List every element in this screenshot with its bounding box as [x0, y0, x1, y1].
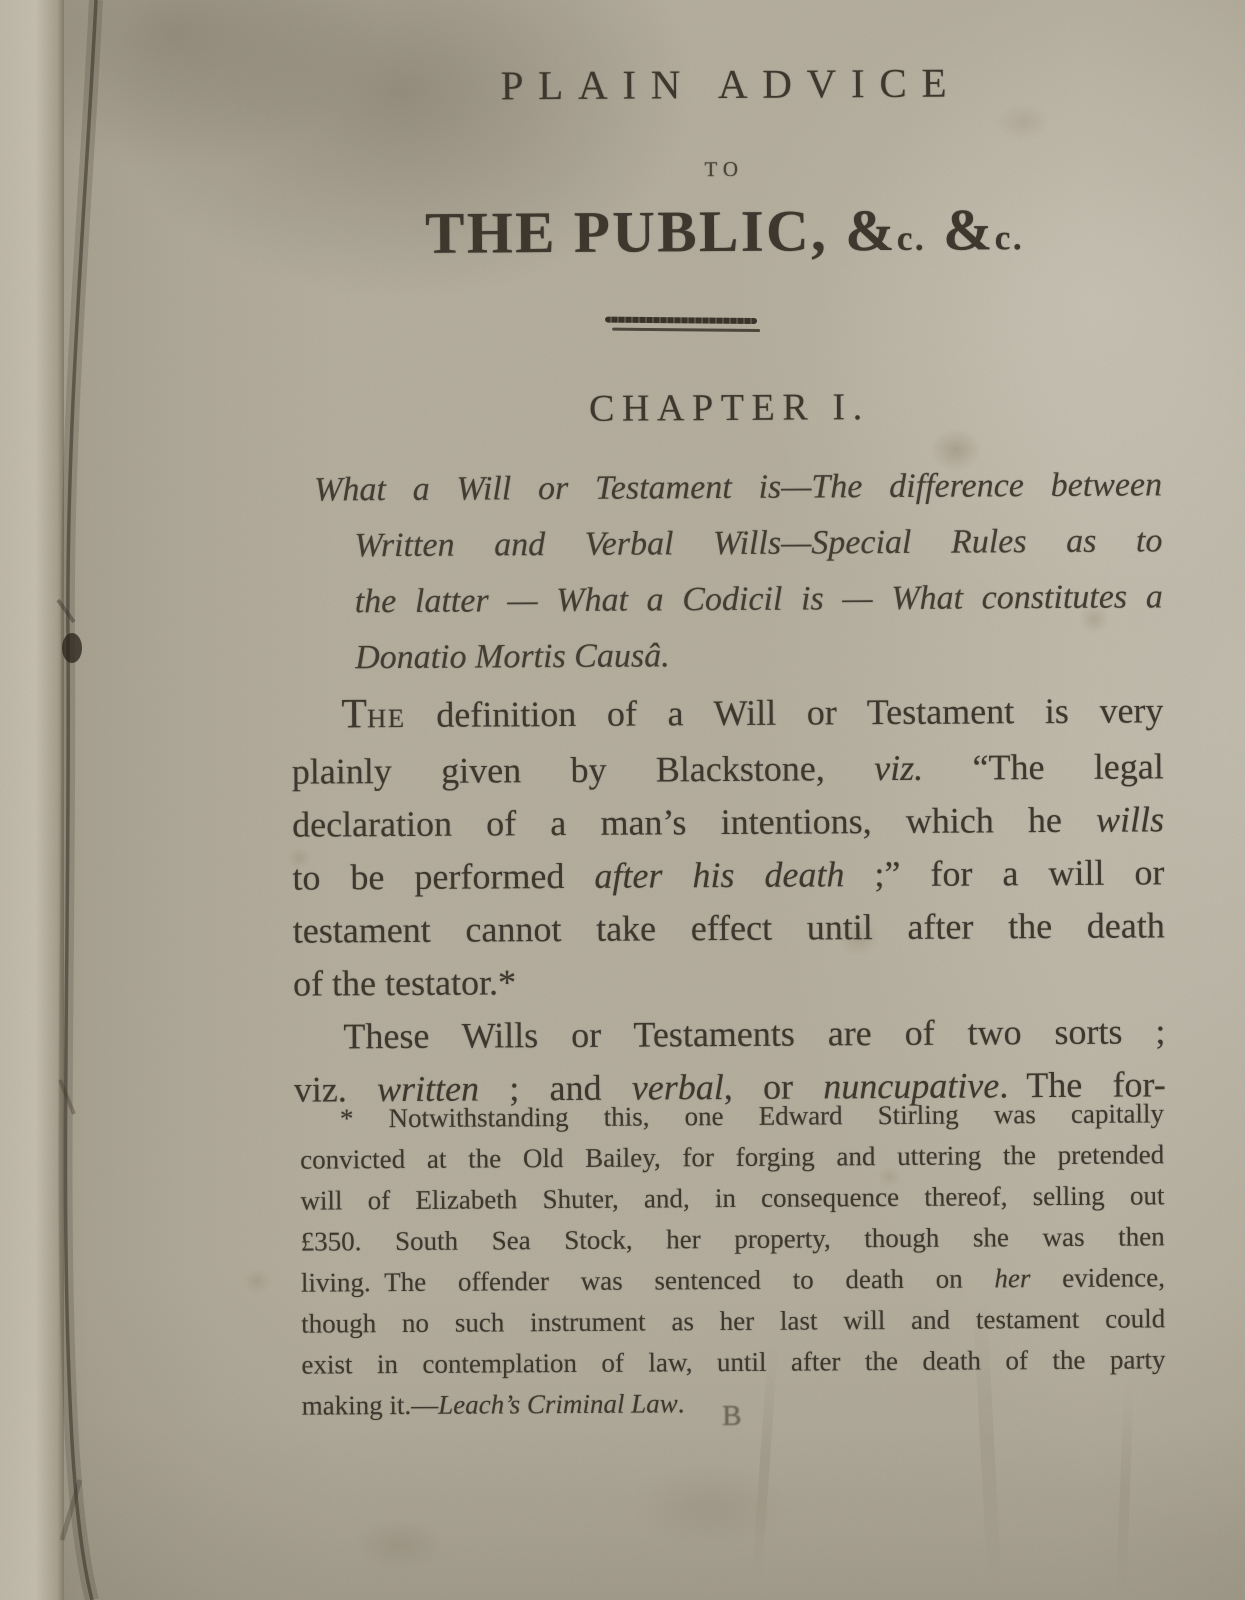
- body-line: testament cannot take effect until after…: [293, 899, 1165, 957]
- chapter-heading: CHAPTER I.: [289, 383, 1161, 432]
- footnote-line: living. The offender was sentenced to de…: [301, 1257, 1165, 1303]
- page-content: PLAIN ADVICE TO THE PUBLIC, &c. &c. CHAP…: [287, 0, 1169, 1600]
- half-title: PLAIN ADVICE: [287, 57, 1159, 110]
- book-page-photo: PLAIN ADVICE TO THE PUBLIC, &c. &c. CHAP…: [0, 0, 1245, 1600]
- body-line: to be performed after his death ;” for a…: [292, 846, 1164, 904]
- body-text: THE definition of a Will or Testament is…: [291, 683, 1166, 1116]
- summary-line: Donatio Mortis Causâ.: [315, 625, 1163, 686]
- body-line: plainly given by Blackstone, viz. “The l…: [292, 740, 1164, 798]
- previous-page-edge: [0, 0, 64, 1600]
- footnote-line: £350. South Sea Stock, her property, tho…: [301, 1216, 1165, 1262]
- body-line: THE definition of a Will or Testament is…: [291, 683, 1163, 745]
- divider-thin-rule: [612, 328, 760, 332]
- signature-mark: B: [296, 1397, 1168, 1435]
- footnote-line: * Notwithstanding this, one Edward Stirl…: [300, 1093, 1164, 1139]
- footnote-line: exist in contemplation of law, until aft…: [301, 1339, 1165, 1385]
- footnote-line: convicted at the Old Bailey, for forging…: [300, 1134, 1164, 1180]
- footnote-line: will of Elizabeth Shuter, and, in conseq…: [300, 1175, 1164, 1221]
- section-divider-rule: [605, 317, 757, 331]
- chapter-summary: What a Will or Testament is—The differen…: [314, 457, 1163, 686]
- footnote-line: though no such instrument as her last wi…: [301, 1298, 1165, 1344]
- summary-line: What a Will or Testament is—The differen…: [314, 457, 1162, 518]
- divider-thick-rule: [605, 317, 757, 324]
- body-line: declaration of a man’s intentions, which…: [292, 793, 1164, 851]
- main-title: THE PUBLIC, &c. &c.: [288, 194, 1160, 268]
- footnote: * Notwithstanding this, one Edward Stirl…: [300, 1093, 1166, 1426]
- body-line: of the testator.*: [293, 952, 1165, 1010]
- body-line: These Wills or Testaments are of two sor…: [293, 1005, 1165, 1063]
- summary-line: the latter — What a Codicil is — What co…: [315, 569, 1163, 630]
- summary-line: Written and Verbal Wills—Special Rules a…: [314, 513, 1162, 574]
- paper-stain: [236, 1262, 278, 1300]
- half-title-conjunction: TO: [288, 154, 1160, 184]
